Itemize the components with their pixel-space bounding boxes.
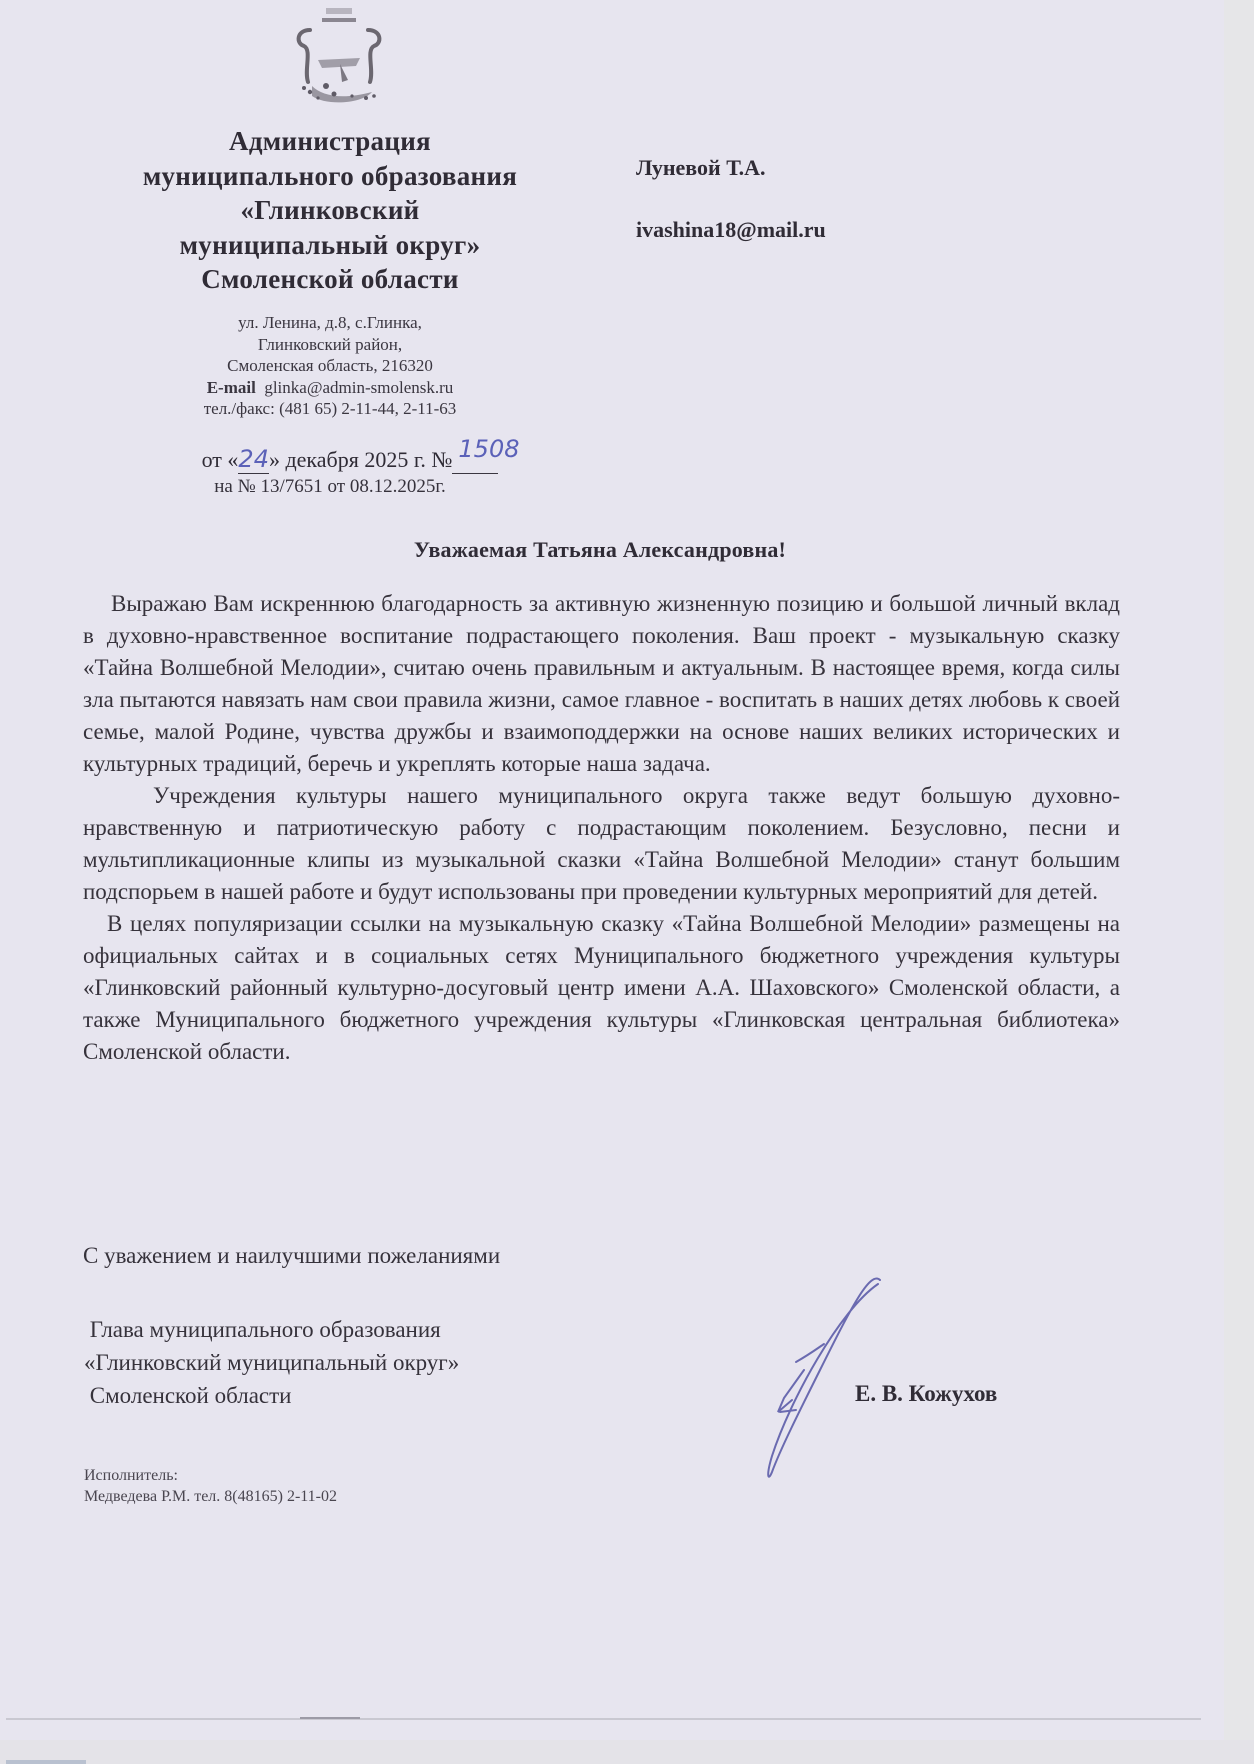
- coat-of-arms-icon: [282, 0, 396, 112]
- org-line: муниципального образования: [90, 159, 570, 194]
- org-line: «Глинковский: [90, 193, 570, 228]
- address-line: Смоленская область, 216320: [110, 355, 550, 377]
- org-email-line: E-mail glinka@admin-smolensk.ru: [110, 377, 550, 399]
- scan-edge-line: [6, 1718, 1201, 1720]
- closing-phrase: С уважением и наилучшими пожеланиями: [83, 1243, 500, 1269]
- org-email: glinka@admin-smolensk.ru: [264, 378, 453, 397]
- recipient-name: Луневой Т.А.: [636, 155, 826, 181]
- organization-name: Администрация муниципального образования…: [90, 124, 570, 297]
- scan-edge-mark: [300, 1717, 360, 1719]
- date-suffix: » декабря 2025 г. №: [269, 447, 452, 472]
- handwritten-day: 24: [238, 445, 269, 473]
- position-line: Смоленской области: [84, 1379, 459, 1412]
- letter-date-number: от «24» декабря 2025 г. №1508: [110, 445, 590, 474]
- body-paragraph: В целях популяризации ссылки на музыкаль…: [83, 908, 1120, 1068]
- scan-edge: [1224, 0, 1254, 1764]
- date-prefix: от «: [202, 447, 239, 472]
- org-phone: тел./факс: (481 65) 2-11-44, 2-11-63: [110, 398, 550, 420]
- scan-corner-mark: [6, 1760, 86, 1764]
- reference-line: на № 13/7651 от 08.12.2025г.: [110, 476, 550, 498]
- signatory-position: Глава муниципального образования «Глинко…: [84, 1313, 459, 1412]
- recipient-block: Луневой Т.А. ivashina18@mail.ru: [636, 155, 826, 243]
- handwritten-doc-number: 1508: [458, 435, 519, 463]
- signatory-name: Е. В. Кожухов: [855, 1381, 997, 1407]
- position-line: Глава муниципального образования: [84, 1313, 459, 1346]
- org-line: Смоленской области: [90, 262, 570, 297]
- org-line: Администрация: [90, 124, 570, 159]
- body-paragraph: Выражаю Вам искреннюю благодарность за а…: [83, 588, 1120, 780]
- recipient-email: ivashina18@mail.ru: [636, 217, 826, 243]
- salutation: Уважаемая Татьяна Александровна!: [0, 537, 1200, 563]
- email-label: E-mail: [207, 378, 256, 397]
- org-line: муниципальный округ»: [90, 228, 570, 263]
- letter-body: Выражаю Вам искреннюю благодарность за а…: [83, 588, 1120, 1068]
- body-paragraph: Учреждения культуры нашего муниципальног…: [83, 780, 1120, 908]
- address-line: Глинковский район,: [110, 334, 550, 356]
- position-line: «Глинковский муниципальный округ»: [84, 1346, 459, 1379]
- org-address: ул. Ленина, д.8, с.Глинка, Глинковский р…: [110, 312, 550, 420]
- scan-bottom-band: [0, 1740, 1254, 1764]
- address-line: ул. Ленина, д.8, с.Глинка,: [110, 312, 550, 334]
- handwritten-signature-icon: [700, 1250, 900, 1490]
- executor-block: Исполнитель: Медведева Р.М. тел. 8(48165…: [84, 1465, 337, 1507]
- executor-label: Исполнитель:: [84, 1465, 337, 1486]
- executor-details: Медведева Р.М. тел. 8(48165) 2-11-02: [84, 1486, 337, 1507]
